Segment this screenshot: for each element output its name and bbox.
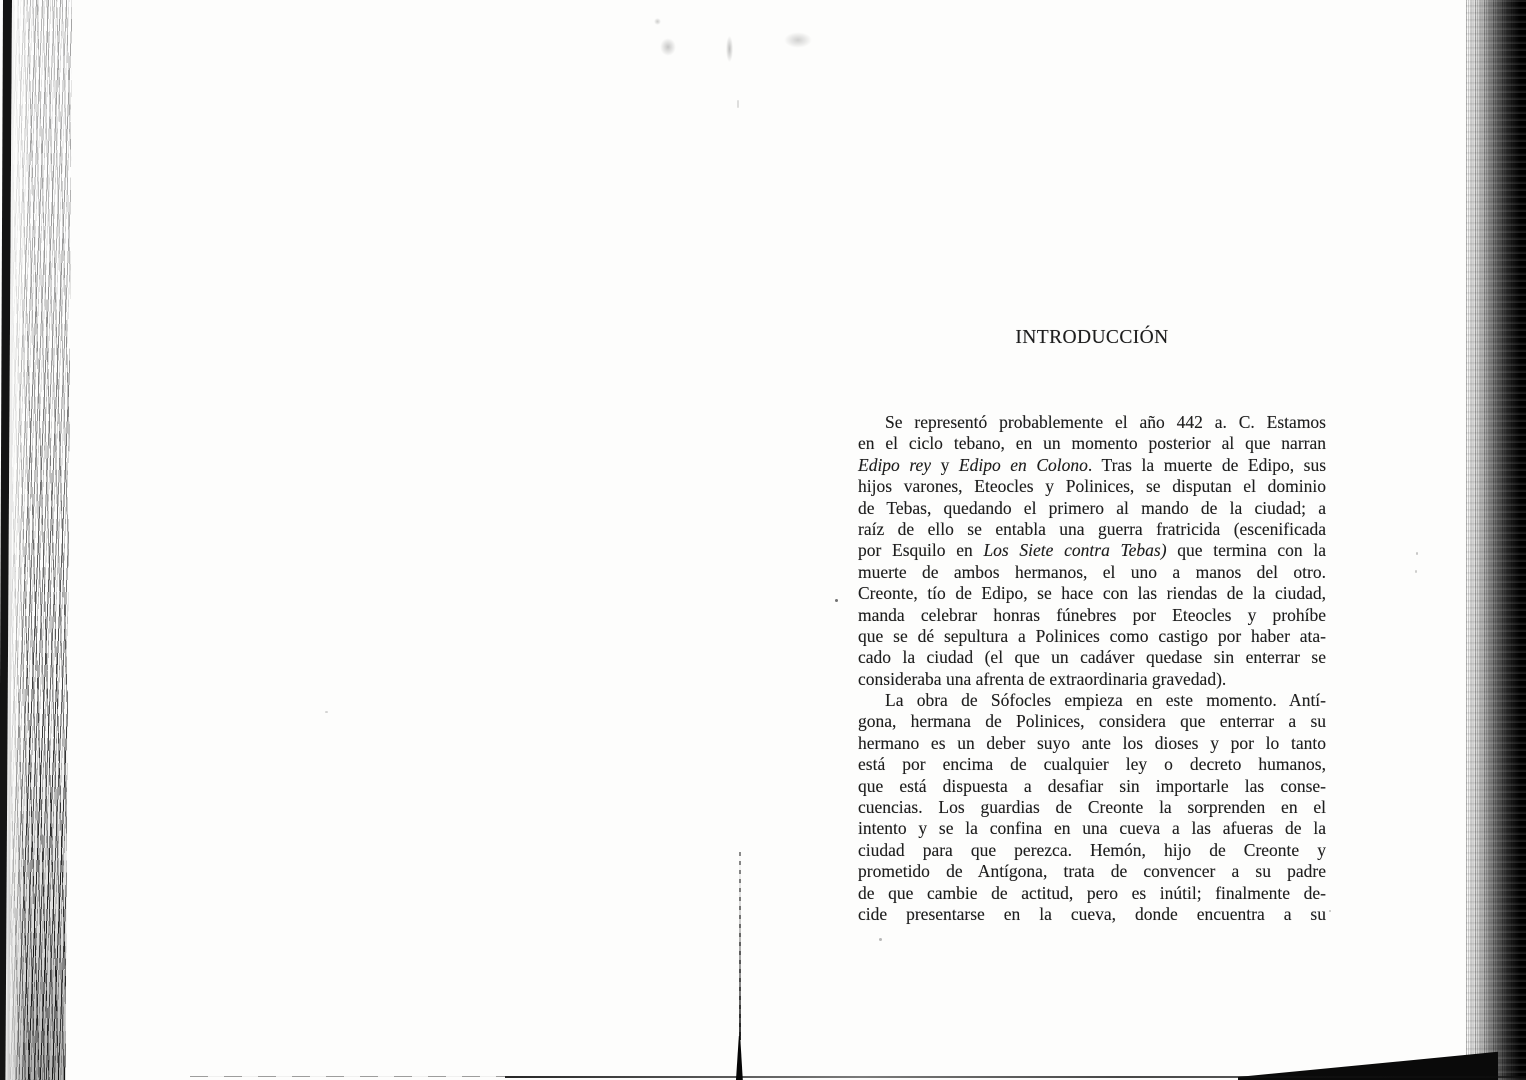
work-title-italic: Los Siete contra Tebas) [983,540,1166,560]
paragraph: Se representó probablemente el año 442 a… [858,412,1326,690]
body-text: que está dispuesta a desafiar sin import… [858,776,1326,796]
scanned-book-page: INTRODUCCIÓN Se representó probablemente… [0,0,1526,1080]
text-line: por Esquilo en Los Siete contra Tebas) q… [858,540,1326,561]
text-line: muerte de ambos hermanos, el uno a manos… [858,562,1326,583]
text-line: que se dé sepultura a Polinices como cas… [858,626,1326,647]
page-bottom-edge-line [505,1076,1526,1079]
body-text: prometido de Antígona, trata de convence… [858,861,1326,881]
body-text: gona, hermana de Polinices, considera qu… [858,711,1326,731]
text-line: hermano es un deber suyo ante los dioses… [858,733,1326,754]
scan-noise-smudge [660,38,676,56]
text-line: cide presentarse en la cueva, donde encu… [858,904,1326,925]
scan-noise-speck [879,938,882,941]
text-line: hijos varones, Eteocles y Polinices, se … [858,476,1326,497]
text-line: La obra de Sófocles empieza en este mome… [858,690,1326,711]
text-line: Se representó probablemente el año 442 a… [858,412,1326,433]
text-line: que está dispuesta a desafiar sin import… [858,776,1326,797]
gutter-crease-line [739,852,741,1040]
scan-shadow-right [1466,0,1526,1080]
body-text: que termina con la [1167,540,1326,560]
work-title-italic: Edipo en Colono [959,455,1088,475]
body-text: cuencias. Los guardias de Creonte la sor… [858,797,1326,817]
body-text: por Esquilo en [858,540,983,560]
text-line: ciudad para que perezca. Hemón, hijo de … [858,840,1326,861]
text-line: cuencias. Los guardias de Creonte la sor… [858,797,1326,818]
body-text: intento y se la confina en una cueva a l… [858,818,1326,838]
body-text: y [931,455,959,475]
text-line: manda celebrar honras fúnebres por Eteoc… [858,605,1326,626]
scan-noise-speck [1416,552,1418,555]
body-text: La obra de Sófocles empieza en este mome… [885,690,1326,710]
text-line: cado la ciudad (el que un cadáver quedas… [858,647,1326,668]
page-heading: INTRODUCCIÓN [858,327,1326,349]
body-text: Creonte, tío de Edipo, se hace con las r… [858,583,1326,603]
gutter-crease-wedge [734,1036,745,1080]
work-title-italic: Edipo rey [858,455,931,475]
page-edges-texture [5,0,72,1080]
body-text: está por encima de cualquier ley o decre… [858,754,1326,774]
scan-noise-speck [1415,570,1417,573]
body-text: de Tebas, quedando el primero al mando d… [858,498,1326,518]
body-text: manda celebrar honras fúnebres por Eteoc… [858,605,1326,625]
body-text: ciudad para que perezca. Hemón, hijo de … [858,840,1326,860]
body-text: en el ciclo tebano, en un momento poster… [858,433,1326,453]
text-line: está por encima de cualquier ley o decre… [858,754,1326,775]
text-line: raíz de ello se entabla una guerra fratr… [858,519,1326,540]
body-text: hijos varones, Eteocles y Polinices, se … [858,476,1326,496]
text-line: Creonte, tío de Edipo, se hace con las r… [858,583,1326,604]
scan-noise-speck [835,599,838,602]
body-text: muerte de ambos hermanos, el uno a manos… [858,562,1326,582]
page-bottom-edge-faint [190,1076,505,1078]
body-text: cado la ciudad (el que un cadáver quedas… [858,647,1326,667]
text-line: consideraba una afrenta de extraordinari… [858,669,1326,690]
scan-noise-smudge [654,18,661,25]
body-text: Se representó probablemente el año 442 a… [885,412,1326,432]
scan-noise-speck [325,711,328,713]
page-text-block: INTRODUCCIÓN Se representó probablemente… [858,327,1326,925]
text-line: en el ciclo tebano, en un momento poster… [858,433,1326,454]
scan-noise-speck [737,100,739,108]
body-text: consideraba una afrenta de extraordinari… [858,669,1226,689]
body-text: hermano es un deber suyo ante los dioses… [858,733,1326,753]
scan-noise-smudge [726,36,733,62]
body-text: . Tras la muerte de Edipo, sus [1088,455,1326,475]
text-line: prometido de Antígona, trata de convence… [858,861,1326,882]
body-text: cide presentarse en la cueva, donde encu… [858,904,1326,924]
body-text: que se dé sepultura a Polinices como cas… [858,626,1326,646]
text-line: de que cambie de actitud, pero es inútil… [858,883,1326,904]
text-line: gona, hermana de Polinices, considera qu… [858,711,1326,732]
body-text: raíz de ello se entabla una guerra fratr… [858,519,1326,539]
scan-noise-smudge [784,32,812,48]
body-text: de que cambie de actitud, pero es inútil… [858,883,1326,903]
text-line: de Tebas, quedando el primero al mando d… [858,498,1326,519]
text-line: Edipo rey y Edipo en Colono. Tras la mue… [858,455,1326,476]
text-line: intento y se la confina en una cueva a l… [858,818,1326,839]
paragraph: La obra de Sófocles empieza en este mome… [858,690,1326,925]
scan-noise-speck [1329,910,1331,912]
paragraphs-container: Se representó probablemente el año 442 a… [858,412,1326,925]
